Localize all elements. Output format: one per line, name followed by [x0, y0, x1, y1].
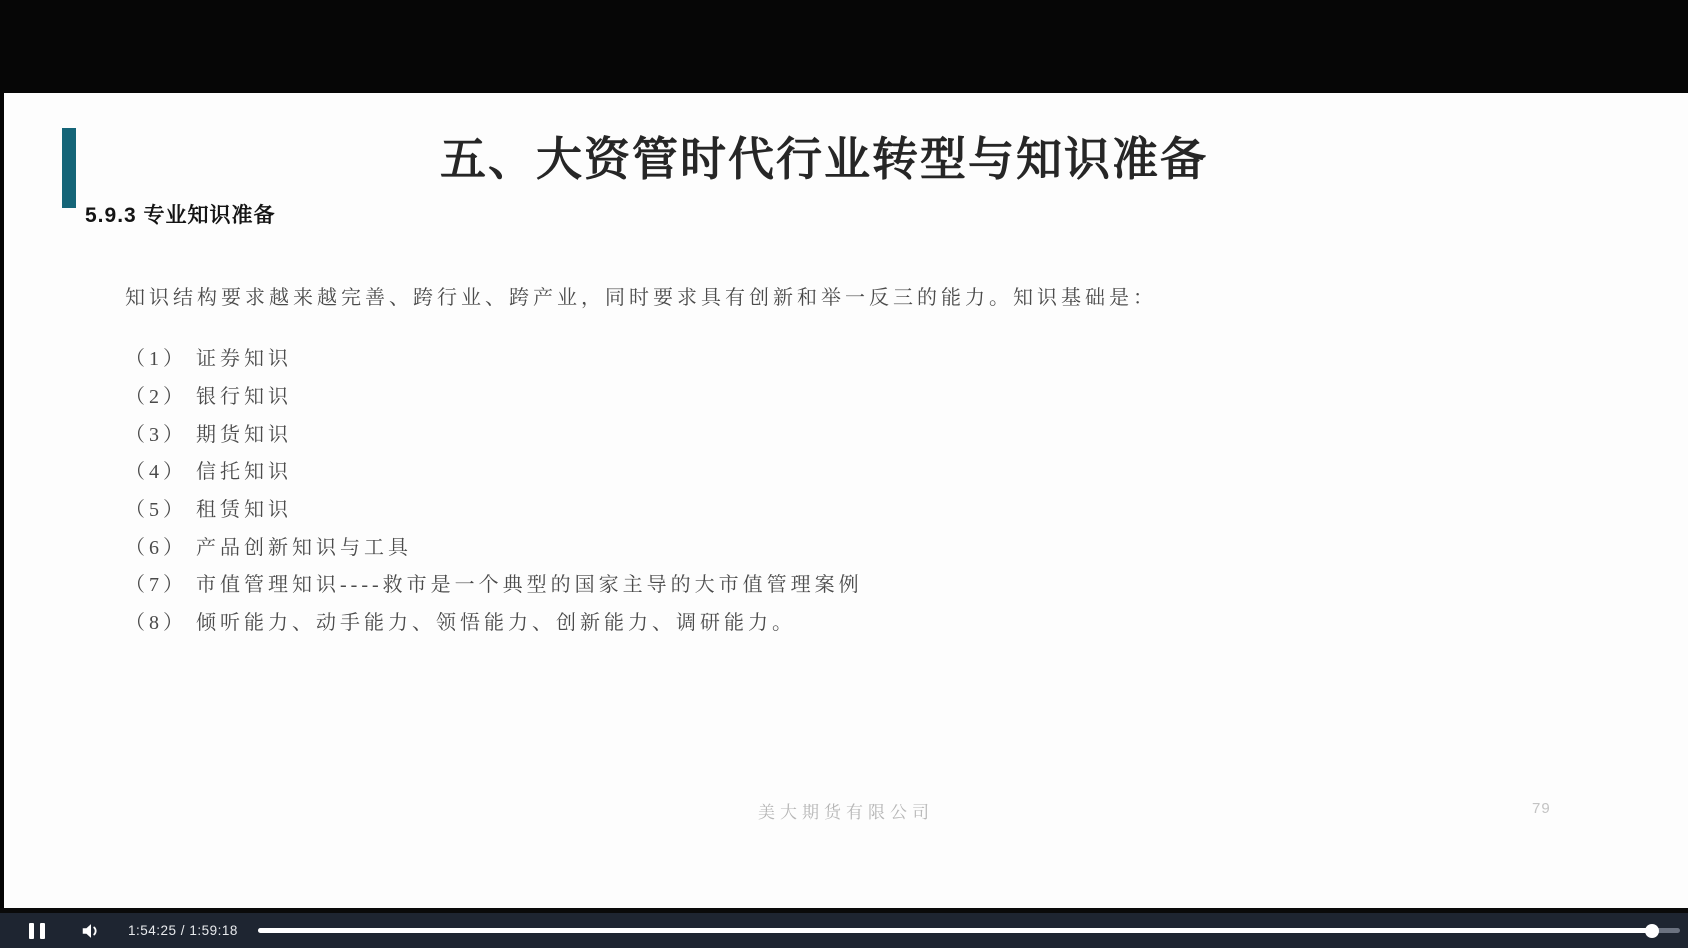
list-item: （8） 倾听能力、动手能力、领悟能力、创新能力、调研能力。 [125, 602, 1525, 640]
pause-icon [40, 923, 45, 939]
duration: 1:59:18 [189, 923, 238, 938]
list-item: （3） 期货知识 [125, 413, 1525, 451]
volume-button[interactable] [78, 920, 104, 942]
list-item: （2） 银行知识 [125, 376, 1525, 414]
list-item: （5） 租赁知识 [125, 489, 1525, 527]
progress-handle[interactable] [1645, 924, 1659, 938]
speaker-icon [80, 920, 102, 942]
progress-fill [258, 928, 1652, 933]
pause-icon [29, 923, 34, 939]
player-controls: 1:54:25 / 1:59:18 [0, 913, 1688, 948]
footer-company: 美大期货有限公司 [4, 798, 1688, 823]
time-display: 1:54:25 / 1:59:18 [128, 923, 238, 938]
list-item: （4） 信托知识 [125, 451, 1525, 489]
list-item: （7） 市值管理知识----救市是一个典型的国家主导的大市值管理案例 [125, 564, 1525, 602]
progress-bar[interactable] [258, 928, 1680, 933]
presentation-slide: 五、大资管时代行业转型与知识准备 5.9.3 专业知识准备 知识结构要求越来越完… [4, 93, 1688, 908]
page-number: 79 [1532, 800, 1551, 817]
slide-subtitle: 5.9.3 专业知识准备 [85, 199, 276, 229]
slide-title: 五、大资管时代行业转型与知识准备 [4, 131, 1644, 187]
pause-button[interactable] [22, 921, 52, 941]
current-time: 1:54:25 [128, 923, 177, 938]
slide-intro-text: 知识结构要求越来越完善、跨行业、跨产业，同时要求具有创新和举一反三的能力。知识基… [125, 283, 1545, 313]
list-item: （1） 证券知识 [125, 338, 1525, 376]
list-item: （6） 产品创新知识与工具 [125, 526, 1525, 564]
letterbox-top [0, 0, 1688, 93]
time-separator: / [177, 923, 190, 938]
knowledge-list: （1） 证券知识 （2） 银行知识 （3） 期货知识 （4） 信托知识 （5） … [125, 338, 1525, 640]
video-player-screen: 五、大资管时代行业转型与知识准备 5.9.3 专业知识准备 知识结构要求越来越完… [0, 0, 1688, 948]
